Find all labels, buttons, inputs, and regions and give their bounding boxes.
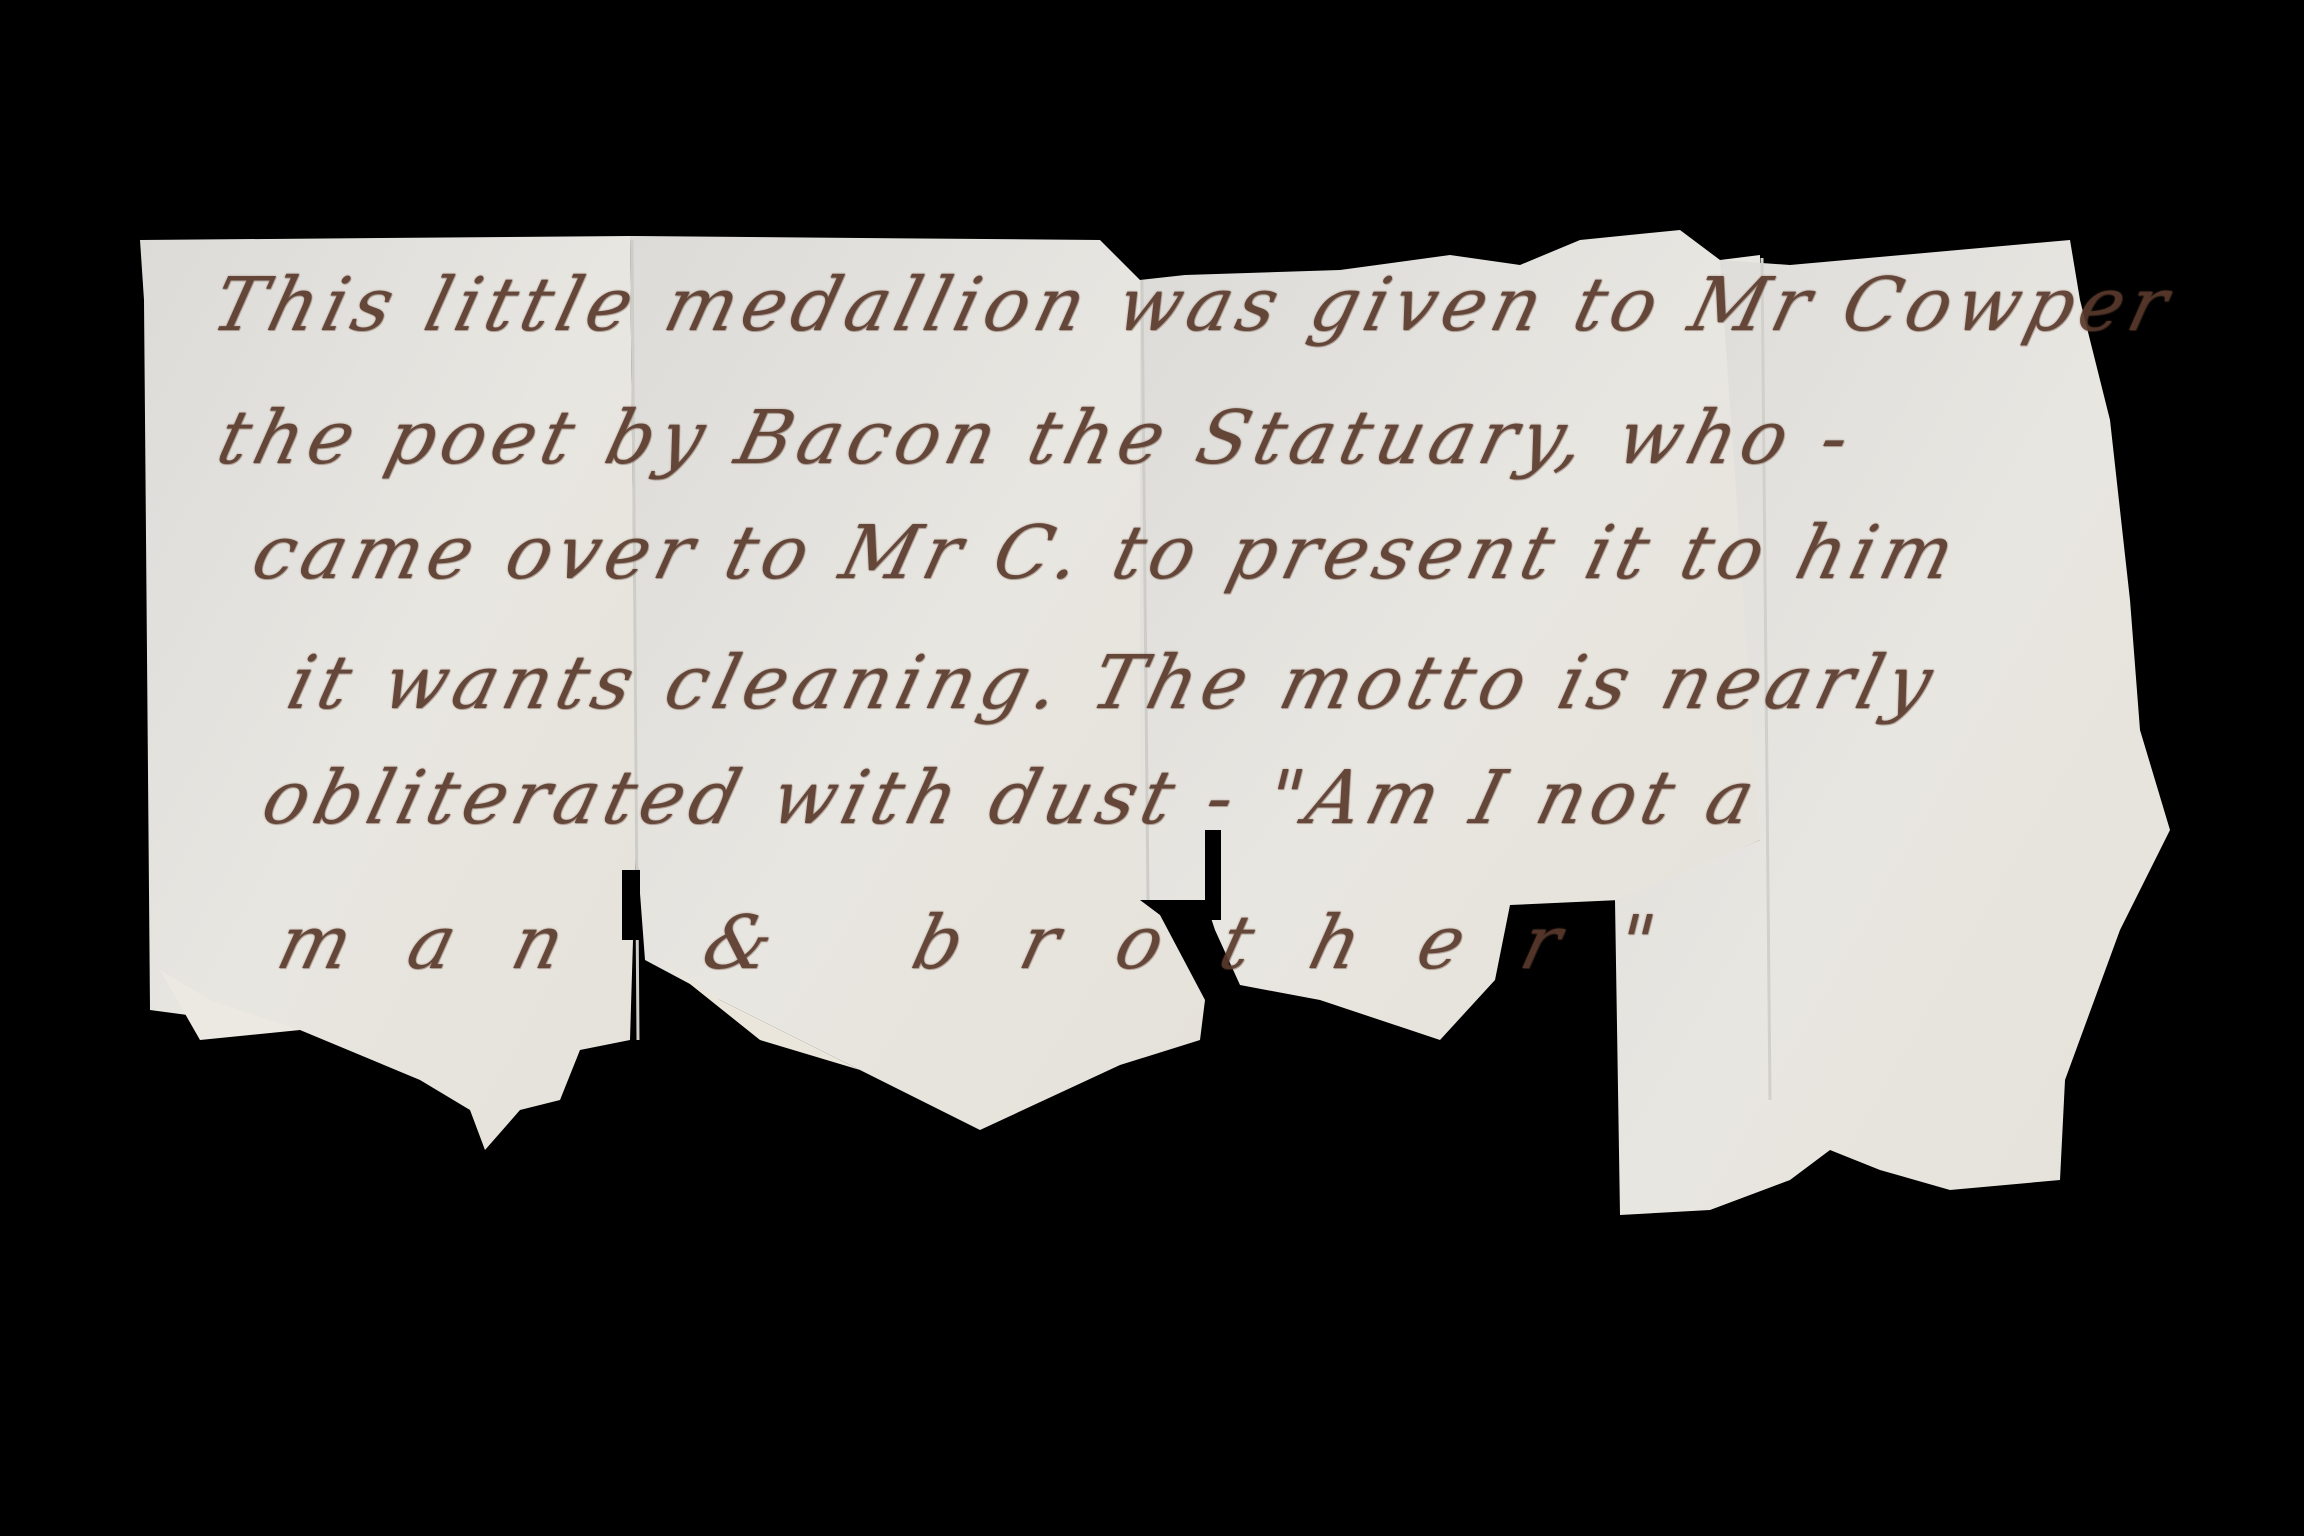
torn-paper-shape	[0, 0, 2304, 1536]
paper-fragment: This little medallion was given to Mr Co…	[0, 0, 2304, 1536]
photo-background: This little medallion was given to Mr Co…	[0, 0, 2304, 1536]
